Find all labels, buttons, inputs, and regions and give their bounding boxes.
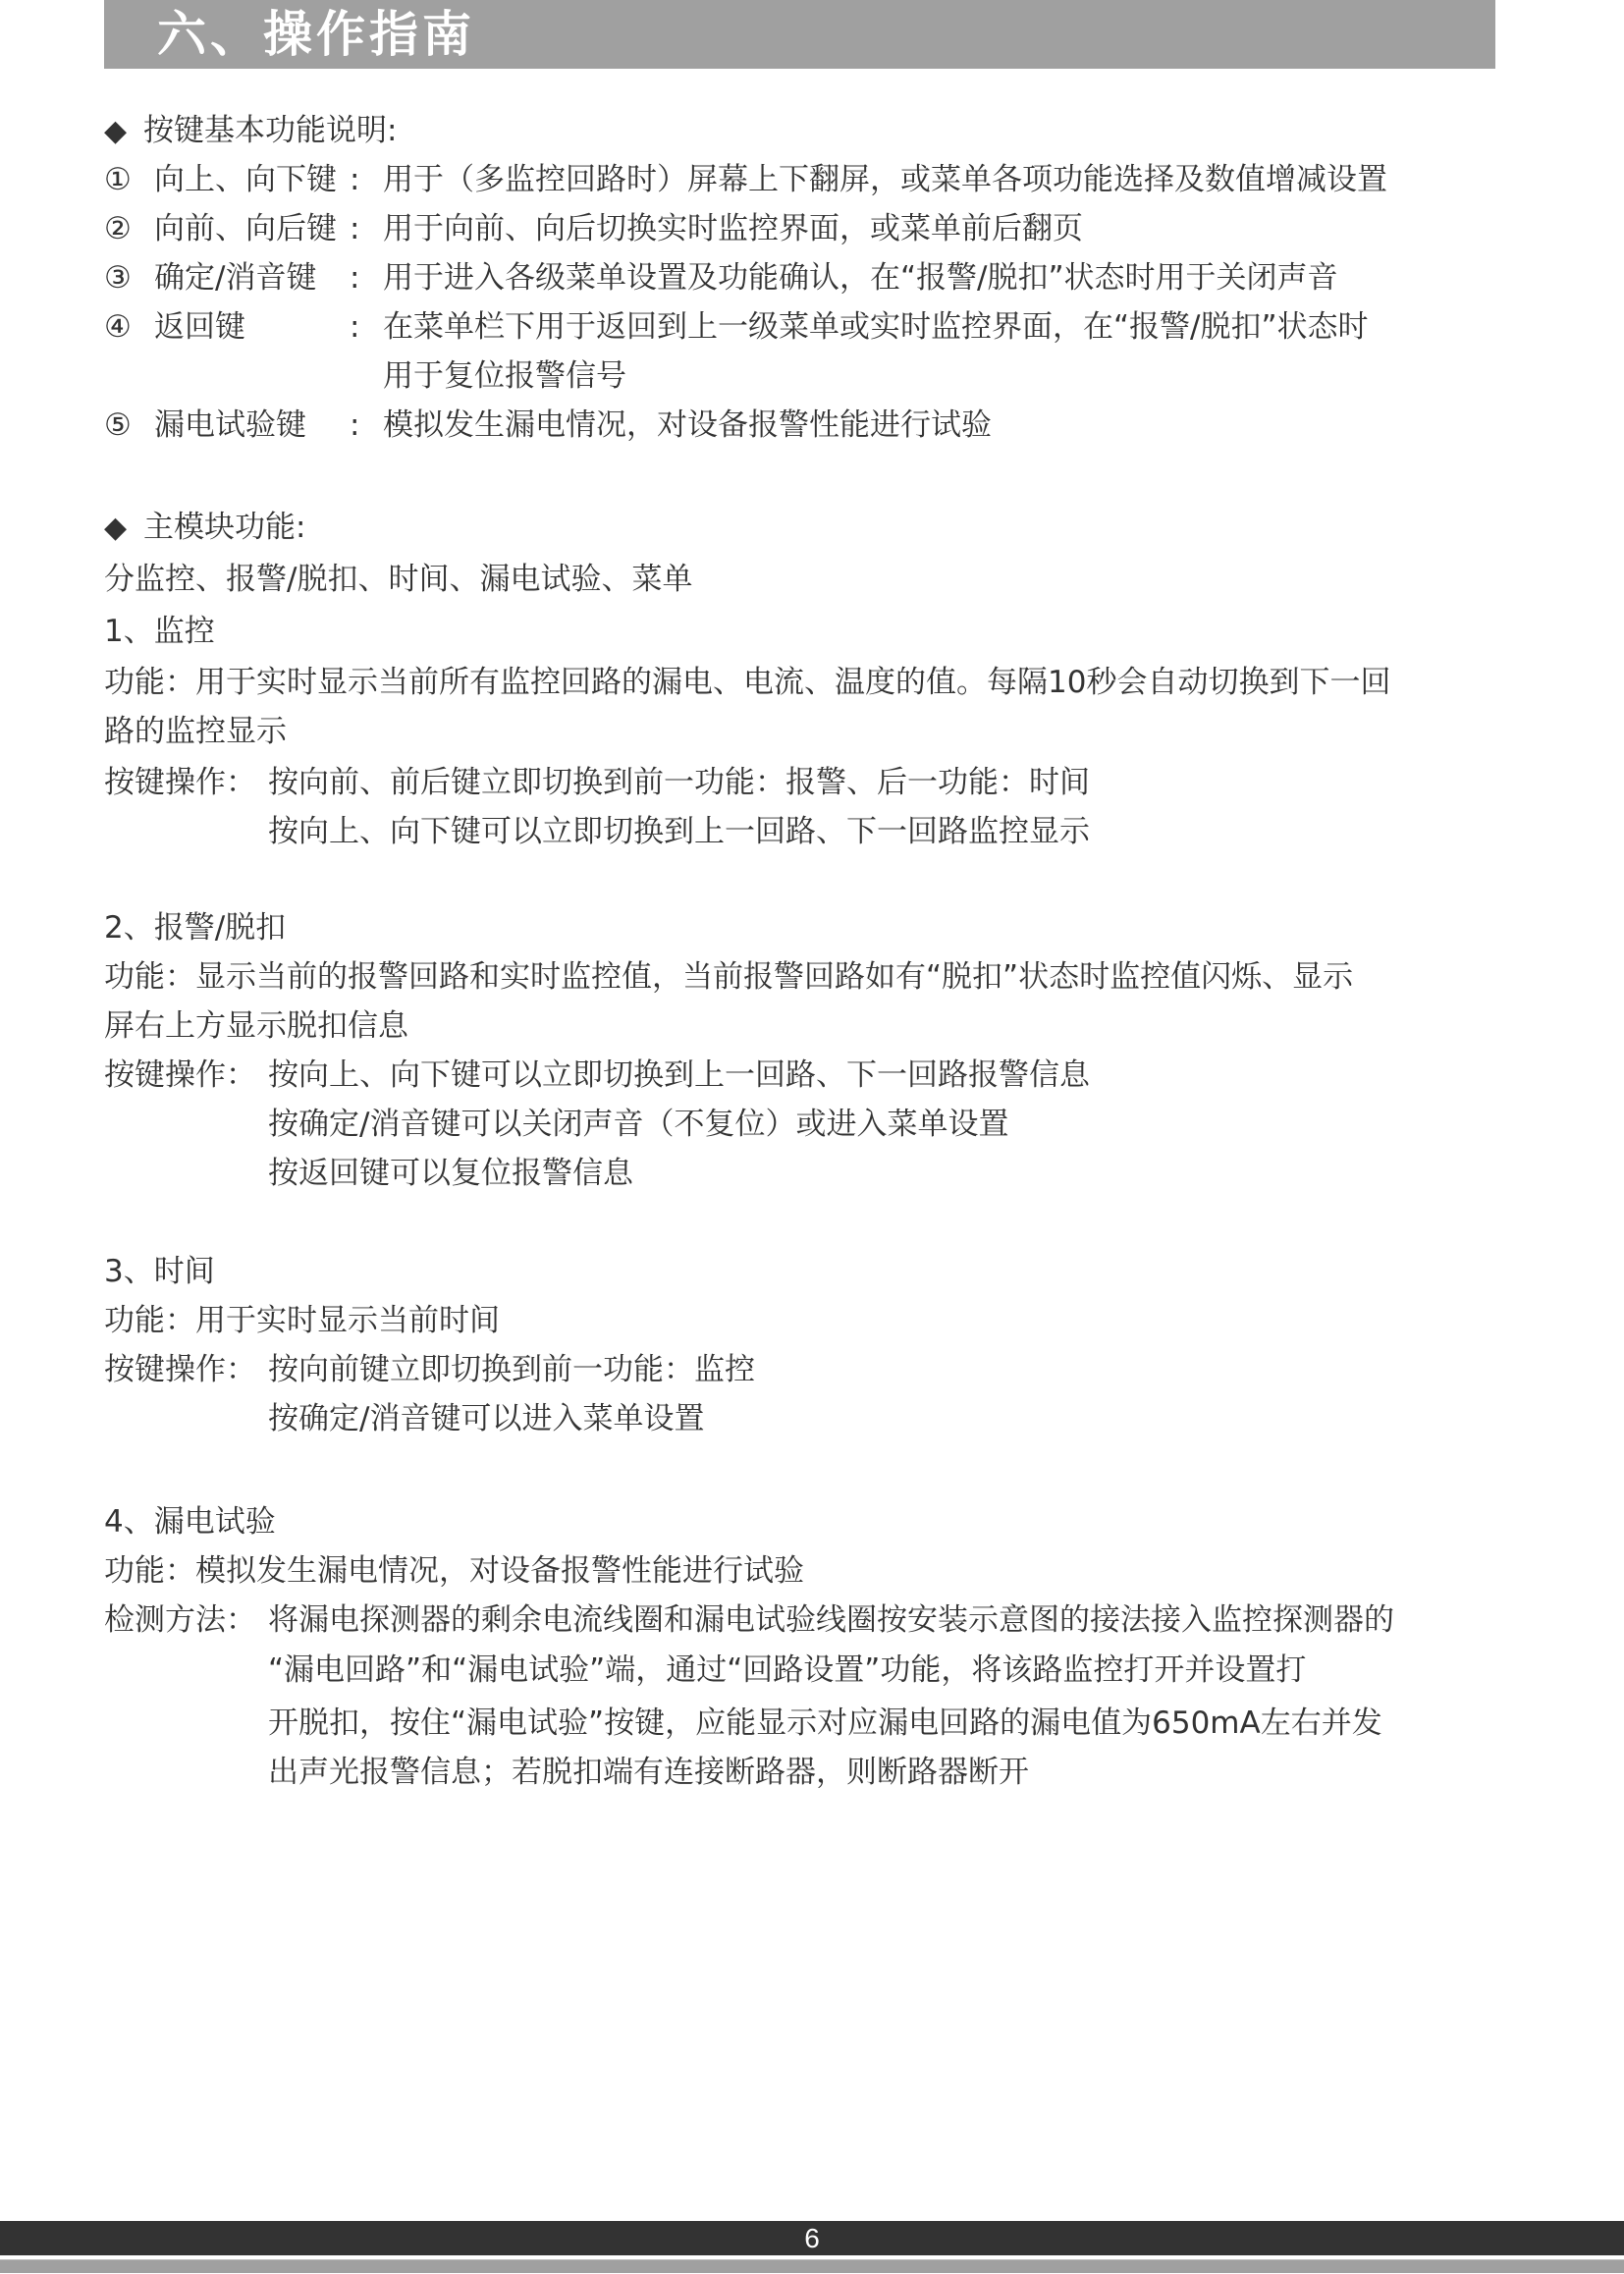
key-description: 用于进入各级菜单设置及功能确认，在“报警/脱扣”状态时用于关闭声音 — [383, 256, 1338, 299]
module-function-time: 功能：用于实时显示当前时间 — [104, 1299, 500, 1342]
ops-text: 按确定/消音键可以进入菜单设置 — [268, 1397, 704, 1440]
key-name: 确定/消音键 — [154, 256, 316, 299]
diamond-bullet-icon: ◆ — [104, 110, 130, 153]
modules-summary: 分监控、报警/脱扣、时间、漏电试验、菜单 — [104, 558, 692, 601]
module-test-method-4: 出声光报警信息；若脱扣端有连接断路器，则断路器断开 — [104, 1751, 1498, 1794]
test-method-text: “漏电回路”和“漏电试验”端，通过“回路设置”功能，将该路监控打开并设置打 — [268, 1649, 1306, 1692]
keys-section-heading: ◆按键基本功能说明: — [104, 109, 397, 152]
test-method-text: 出声光报警信息；若脱扣端有连接断路器，则断路器断开 — [268, 1751, 1029, 1794]
module-ops-time-2: 按确定/消音键可以进入菜单设置 — [104, 1397, 1498, 1440]
circled-number-5: ⑤ — [104, 404, 153, 447]
key-name: 向上、向下键 — [154, 158, 337, 201]
page-footer-stripe — [0, 2259, 1624, 2273]
page-number: 6 — [804, 2223, 820, 2253]
module-function-monitor: 功能：用于实时显示当前所有监控回路的漏电、电流、温度的值。每隔10秒会自动切换到… — [104, 661, 1390, 704]
key-item-leakage-test: ⑤ 漏电试验键 : 模拟发生漏电情况，对设备报警性能进行试验 — [104, 404, 1498, 447]
key-description: 模拟发生漏电情况，对设备报警性能进行试验 — [383, 404, 992, 447]
key-item-return-continued: 用于复位报警信号 — [104, 354, 1498, 398]
test-method-text: 将漏电探测器的剩余电流线圈和漏电试验线圈按安装示意图的接法接入监控探测器的 — [268, 1598, 1394, 1642]
key-item-up-down: ① 向上、向下键 : 用于（多监控回路时）屏幕上下翻屏，或菜单各项功能选择及数值… — [104, 158, 1498, 201]
ops-text: 按向上、向下键可以立即切换到上一回路、下一回路报警信息 — [268, 1054, 1090, 1097]
circled-number-3: ③ — [104, 256, 153, 299]
colon: : — [350, 305, 359, 349]
modules-heading-text: 主模块功能: — [143, 510, 305, 545]
module-title-monitor: 1、监控 — [104, 610, 215, 653]
test-method-text: 开脱扣，按住“漏电试验”按键，应能显示对应漏电回路的漏电值为650mA左右并发 — [268, 1702, 1382, 1745]
ops-text: 按返回键可以复位报警信息 — [268, 1152, 633, 1195]
ops-text: 按向前、前后键立即切换到前一功能：报警、后一功能：时间 — [268, 761, 1090, 804]
module-title-alarm: 2、报警/脱扣 — [104, 906, 286, 949]
colon: : — [350, 207, 359, 250]
module-title-leakage-test: 4、漏电试验 — [104, 1500, 276, 1543]
module-test-method-3: 开脱扣，按住“漏电试验”按键，应能显示对应漏电回路的漏电值为650mA左右并发 — [104, 1702, 1498, 1745]
module-test-method-2: “漏电回路”和“漏电试验”端，通过“回路设置”功能，将该路监控打开并设置打 — [104, 1649, 1498, 1692]
module-function-leakage-test: 功能：模拟发生漏电情况，对设备报警性能进行试验 — [104, 1549, 804, 1593]
module-function-alarm: 功能：显示当前的报警回路和实时监控值，当前报警回路如有“脱扣”状态时监控值闪烁、… — [104, 955, 1353, 999]
key-description: 用于向前、向后切换实时监控界面，或菜单前后翻页 — [383, 207, 1083, 250]
ops-text: 按向上、向下键可以立即切换到上一回路、下一回路监控显示 — [268, 810, 1090, 853]
module-function-alarm-continued: 屏右上方显示脱扣信息 — [104, 1004, 408, 1048]
keys-heading-text: 按键基本功能说明: — [143, 113, 397, 148]
key-item-return: ④ 返回键 : 在菜单栏下用于返回到上一级菜单或实时监控界面，在“报警/脱扣”状… — [104, 305, 1498, 349]
module-ops-time: 按键操作： 按向前键立即切换到前一功能：监控 — [104, 1348, 1498, 1391]
diamond-bullet-icon: ◆ — [104, 507, 130, 550]
key-name: 漏电试验键 — [154, 404, 306, 447]
module-ops-alarm-3: 按返回键可以复位报警信息 — [104, 1152, 1498, 1195]
module-test-method: 检测方法： 将漏电探测器的剩余电流线圈和漏电试验线圈按安装示意图的接法接入监控探… — [104, 1598, 1498, 1642]
ops-label: 按键操作： — [104, 1348, 256, 1391]
module-ops-monitor-2: 按向上、向下键可以立即切换到上一回路、下一回路监控显示 — [104, 810, 1498, 853]
key-name: 向前、向后键 — [154, 207, 337, 250]
key-description: 用于（多监控回路时）屏幕上下翻屏，或菜单各项功能选择及数值增减设置 — [383, 158, 1387, 201]
circled-number-2: ② — [104, 207, 153, 250]
key-item-forward-back: ② 向前、向后键 : 用于向前、向后切换实时监控界面，或菜单前后翻页 — [104, 207, 1498, 250]
colon: : — [350, 158, 359, 201]
section-title: 六、操作指南 — [157, 4, 475, 65]
module-ops-alarm: 按键操作： 按向上、向下键可以立即切换到上一回路、下一回路报警信息 — [104, 1054, 1498, 1097]
colon: : — [350, 256, 359, 299]
module-ops-alarm-2: 按确定/消音键可以关闭声音（不复位）或进入菜单设置 — [104, 1103, 1498, 1146]
ops-label: 按键操作： — [104, 1054, 256, 1097]
module-function-monitor-continued: 路的监控显示 — [104, 710, 287, 753]
page-footer-bar: 6 — [0, 2221, 1624, 2255]
module-title-time: 3、时间 — [104, 1250, 215, 1293]
key-name: 返回键 — [154, 305, 245, 349]
modules-section-heading: ◆主模块功能: — [104, 506, 305, 549]
key-description-continued: 用于复位报警信号 — [383, 354, 626, 398]
ops-text: 按确定/消音键可以关闭声音（不复位）或进入菜单设置 — [268, 1103, 1008, 1146]
circled-number-4: ④ — [104, 305, 153, 349]
key-description: 在菜单栏下用于返回到上一级菜单或实时监控界面，在“报警/脱扣”状态时 — [383, 305, 1369, 349]
test-method-label: 检测方法： — [104, 1598, 256, 1642]
ops-text: 按向前键立即切换到前一功能：监控 — [268, 1348, 755, 1391]
ops-label: 按键操作： — [104, 761, 256, 804]
module-ops-monitor: 按键操作： 按向前、前后键立即切换到前一功能：报警、后一功能：时间 — [104, 761, 1498, 804]
section-header-bar: 六、操作指南 — [104, 0, 1495, 69]
colon: : — [350, 404, 359, 447]
circled-number-1: ① — [104, 158, 153, 201]
key-item-confirm-mute: ③ 确定/消音键 : 用于进入各级菜单设置及功能确认，在“报警/脱扣”状态时用于… — [104, 256, 1498, 299]
